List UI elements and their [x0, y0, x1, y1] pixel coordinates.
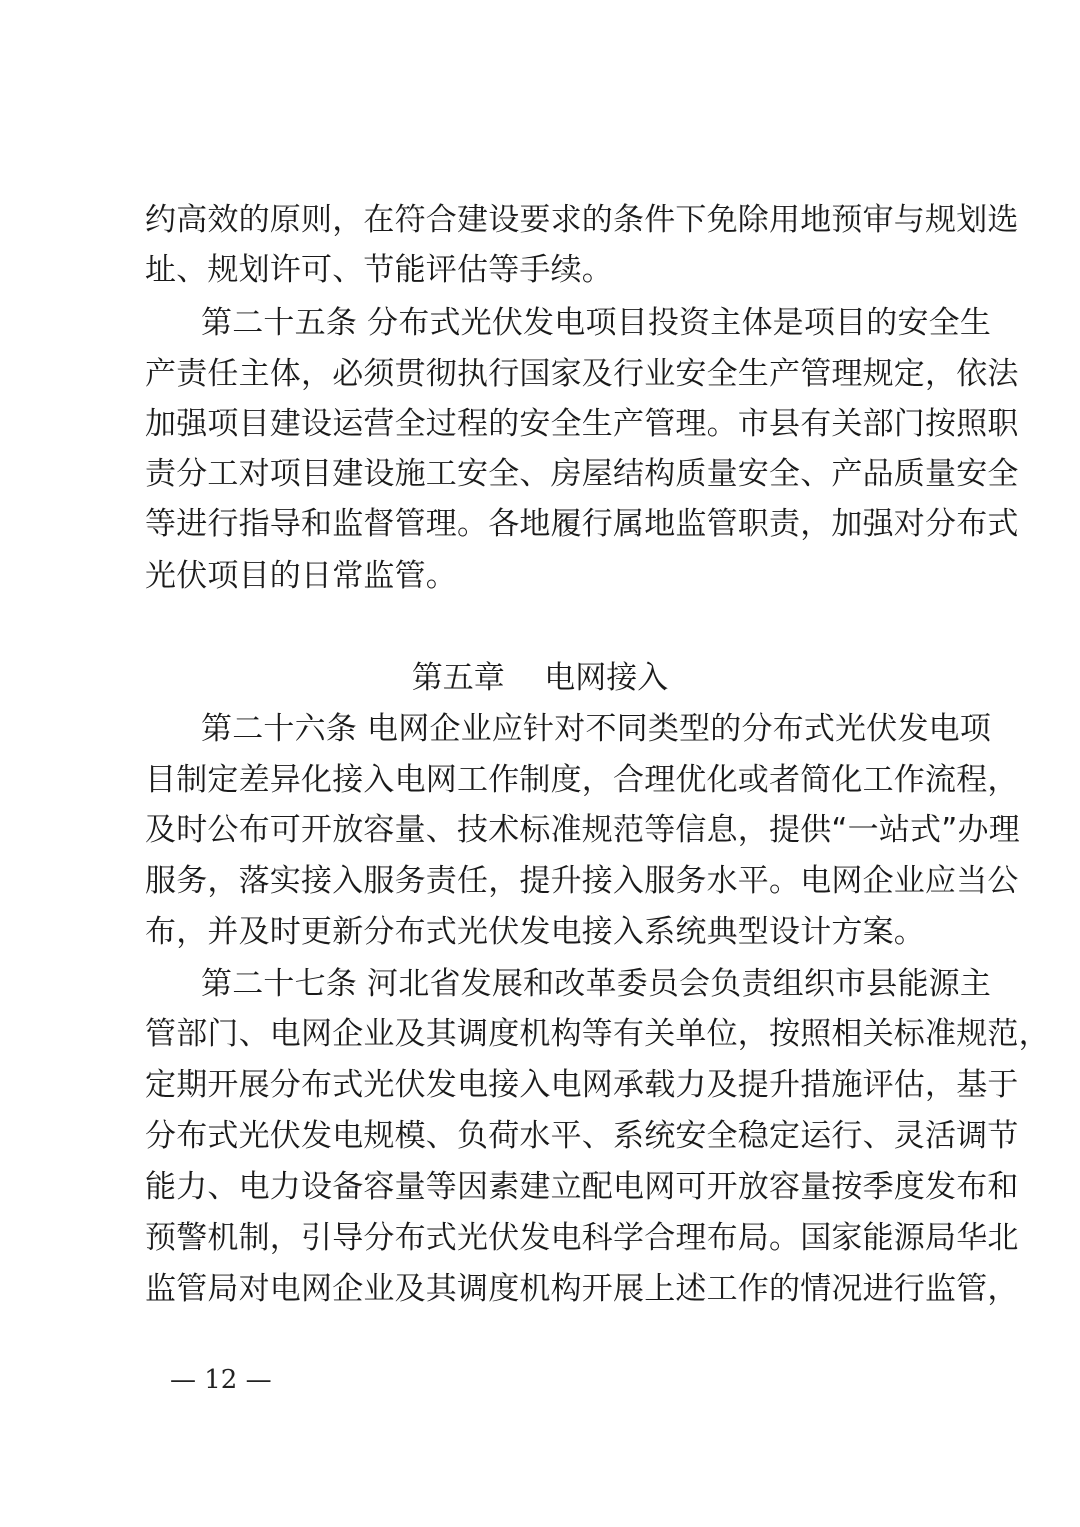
text-line: 目制定差异化接入电网工作制度，合理优化或者简化工作流程， [145, 755, 937, 805]
text-line: 服务，落实接入服务责任，提升接入服务水平。电网企业应当公 [145, 856, 937, 906]
text-line: 预警机制，引导分布式光伏发电科学合理布局。国家能源局华北 [145, 1213, 937, 1263]
article-27-first-line: 第二十七条 河北省发展和改革委员会负责组织市县能源主 [201, 959, 937, 1009]
text-line: 分布式光伏发电规模、负荷水平、系统安全稳定运行、灵活调节 [145, 1111, 937, 1161]
text-line: 监管局对电网企业及其调度机构开展上述工作的情况进行监管， [145, 1264, 937, 1314]
text-line: 能力、电力设备容量等因素建立配电网可开放容量按季度发布和 [145, 1162, 937, 1212]
text-line: 光伏项目的日常监管。 [145, 551, 937, 601]
article-25-first-line: 第二十五条 分布式光伏发电项目投资主体是项目的安全生 [201, 298, 937, 348]
text-line: 责分工对项目建设施工安全、房屋结构质量安全、产品质量安全 [145, 449, 937, 499]
text-line: 管部门、电网企业及其调度机构等有关单位，按照相关标准规范， [145, 1009, 937, 1059]
text-line: 布，并及时更新分布式光伏发电接入系统典型设计方案。 [145, 907, 937, 957]
text-line: 及时公布可开放容量、技术标准规范等信息，提供“一站式”办理 [145, 805, 937, 855]
article-26-first-line: 第二十六条 电网企业应针对不同类型的分布式光伏发电项 [201, 704, 937, 754]
text-line: 等进行指导和监督管理。各地履行属地监管职责，加强对分布式 [145, 499, 937, 549]
document-page: 约高效的原则，在符合建设要求的条件下免除用地预审与规划选 址、规划许可、节能评估… [0, 0, 1080, 1527]
chapter-heading: 第五章 电网接入 [0, 653, 1080, 703]
text-line: 加强项目建设运营全过程的安全生产管理。市县有关部门按照职 [145, 399, 937, 449]
page-number: — 12 — [170, 1360, 272, 1400]
text-line: 约高效的原则，在符合建设要求的条件下免除用地预审与规划选 [145, 195, 937, 245]
text-line: 定期开展分布式光伏发电接入电网承载力及提升措施评估，基于 [145, 1060, 937, 1110]
text-line: 产责任主体，必须贯彻执行国家及行业安全生产管理规定，依法 [145, 349, 937, 399]
text-line: 址、规划许可、节能评估等手续。 [145, 245, 937, 295]
